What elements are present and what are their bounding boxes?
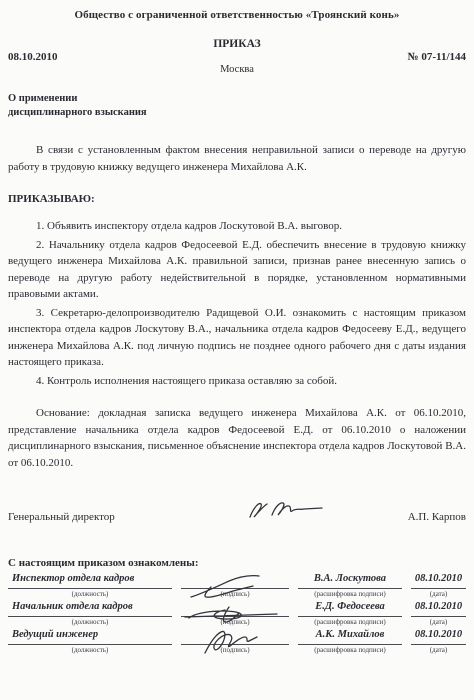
- order-word: ПРИКАЗЫВАЮ:: [8, 193, 466, 205]
- subject-line-1: О применении: [8, 92, 228, 106]
- subject-line-2: дисциплинарного взыскания: [8, 106, 228, 120]
- order-item-4: 4. Контроль исполнения настоящего приказ…: [8, 373, 466, 390]
- director-signature-icon: [208, 493, 376, 523]
- ack-date-value: 08.10.2010: [411, 601, 466, 617]
- signature-caption: (подпись): [181, 618, 289, 626]
- date-caption: (дата): [411, 618, 466, 626]
- order-item-2: 2. Начальнику отдела кадров Федосеевой Е…: [8, 237, 466, 303]
- transcript-caption: (расшифровка подписи): [298, 646, 402, 654]
- ack-date-value: 08.10.2010: [411, 573, 466, 589]
- document-title: ПРИКАЗ: [8, 38, 466, 50]
- ack-signature-cell: (подпись): [181, 601, 289, 626]
- document-subject: О применении дисциплинарного взыскания: [8, 92, 228, 120]
- ack-date-cell: 08.10.2010 (дата): [411, 629, 466, 654]
- order-items: 1. Объявить инспектору отдела кадров Лос…: [8, 218, 466, 389]
- position-caption: (должность): [8, 646, 172, 654]
- order-item-1: 1. Объявить инспектору отдела кадров Лос…: [8, 218, 466, 235]
- ack-name-value: Е.Д. Федосеева: [298, 601, 402, 617]
- ack-position-value: Ведущий инженер: [8, 629, 172, 645]
- acknowledgment-heading: С настоящим приказом ознакомлены:: [8, 557, 466, 569]
- basis-paragraph: Основание: докладная записка ведущего ин…: [8, 405, 466, 471]
- ack-signature-cell: (подпись): [181, 629, 289, 654]
- ack-date-cell: 08.10.2010 (дата): [411, 601, 466, 626]
- ack-signature-cell: (подпись): [181, 573, 289, 598]
- director-title: Генеральный директор: [8, 511, 208, 523]
- document-number: № 07-11/144: [408, 51, 466, 63]
- ack-row-engineer: Ведущий инженер (должность) (подпись) А.…: [8, 629, 466, 654]
- position-caption: (должность): [8, 618, 172, 626]
- date-number-row: 08.10.2010 № 07-11/144: [8, 51, 466, 63]
- order-document-page: Общество с ограниченной ответственностью…: [0, 0, 474, 700]
- ack-row-inspector: Инспектор отдела кадров (должность) (под…: [8, 573, 466, 598]
- signature-caption: (подпись): [181, 590, 289, 598]
- document-date: 08.10.2010: [8, 51, 58, 63]
- ack-name-value: В.А. Лоскутова: [298, 573, 402, 589]
- order-item-3: 3. Секретарю-делопроизводителю Радищевой…: [8, 305, 466, 371]
- ack-position-value: Начальник отдела кадров: [8, 601, 172, 617]
- director-name: А.П. Карпов: [376, 511, 466, 523]
- position-caption: (должность): [8, 590, 172, 598]
- acknowledgment-table: Инспектор отдела кадров (должность) (под…: [8, 573, 466, 654]
- ack-name-value: А.К. Михайлов: [298, 629, 402, 645]
- ack-name-cell: Е.Д. Федосеева (расшифровка подписи): [298, 601, 402, 626]
- ack-position-cell: Инспектор отдела кадров (должность): [8, 573, 172, 598]
- ack-name-cell: А.К. Михайлов (расшифровка подписи): [298, 629, 402, 654]
- intro-paragraph: В связи с установленным фактом внесения …: [8, 142, 466, 175]
- ack-position-cell: Начальник отдела кадров (должность): [8, 601, 172, 626]
- signature-caption: (подпись): [181, 646, 289, 654]
- transcript-caption: (расшифровка подписи): [298, 590, 402, 598]
- director-signature-row: Генеральный директор А.П. Карпов: [8, 493, 466, 523]
- document-city: Москва: [8, 64, 466, 75]
- ack-position-value: Инспектор отдела кадров: [8, 573, 172, 589]
- date-caption: (дата): [411, 646, 466, 654]
- ack-position-cell: Ведущий инженер (должность): [8, 629, 172, 654]
- ack-name-cell: В.А. Лоскутова (расшифровка подписи): [298, 573, 402, 598]
- ack-row-hr-chief: Начальник отдела кадров (должность) (под…: [8, 601, 466, 626]
- transcript-caption: (расшифровка подписи): [298, 618, 402, 626]
- company-name: Общество с ограниченной ответственностью…: [8, 9, 466, 21]
- date-caption: (дата): [411, 590, 466, 598]
- ack-date-value: 08.10.2010: [411, 629, 466, 645]
- ack-date-cell: 08.10.2010 (дата): [411, 573, 466, 598]
